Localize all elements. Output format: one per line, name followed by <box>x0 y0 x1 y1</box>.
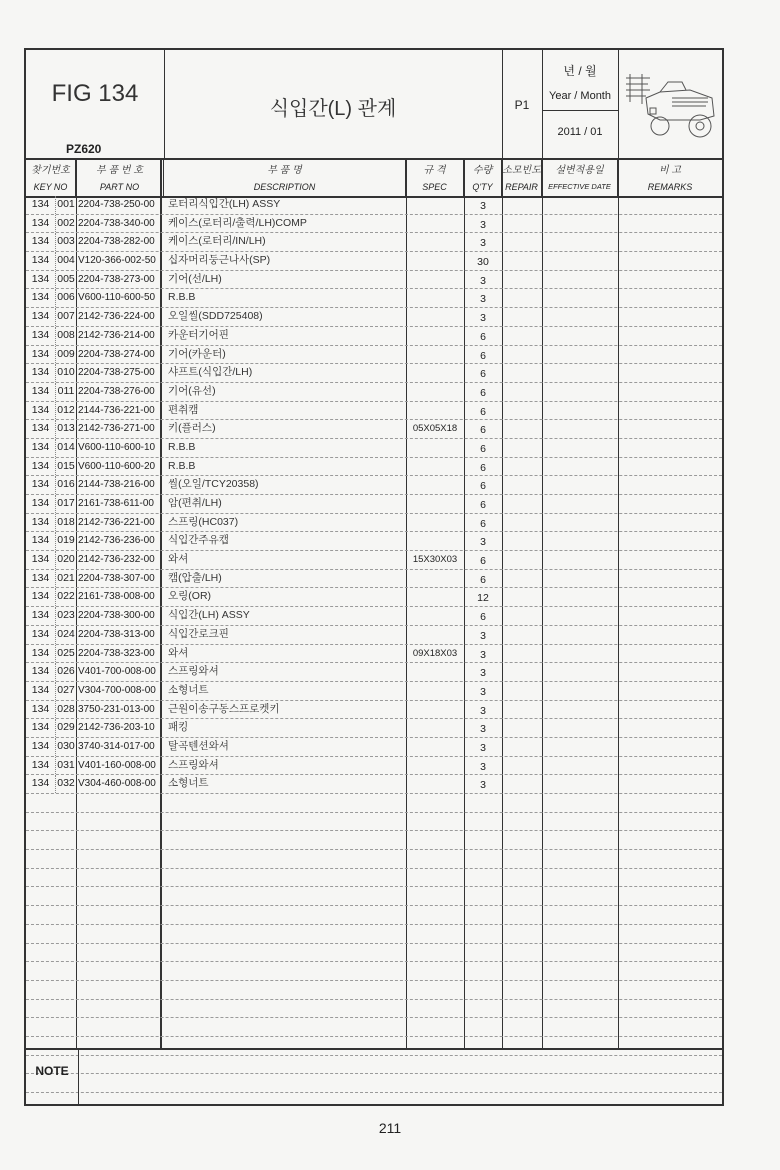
figure-no-cell: 134 <box>26 252 56 270</box>
key-no-cell: 030 <box>56 738 76 756</box>
quantity-cell: 6 <box>464 439 502 457</box>
year-month-label-en: Year / Month <box>542 90 618 102</box>
figure-no-cell: 134 <box>26 570 56 588</box>
spec-cell <box>406 514 464 532</box>
col-part-no-ko: 부 품 번 호 <box>76 161 163 176</box>
part-no-cell: 2142-736-232-00 <box>76 551 160 569</box>
col-remarks-en: REMARKS <box>618 182 722 192</box>
empty-row <box>26 813 722 832</box>
key-no-cell: 020 <box>56 551 76 569</box>
description-cell: 오일씰(SDD725408) <box>164 308 406 326</box>
quantity-cell: 3 <box>464 626 502 644</box>
col-remarks-ko: 비 고 <box>618 161 722 176</box>
col-repair-en: REPAIR <box>502 182 541 192</box>
empty-row <box>26 831 722 850</box>
col-effective-date: 설변적용일 EFFECTIVE DATE <box>542 158 618 196</box>
part-no-cell: 2142-736-203-10 <box>76 719 160 737</box>
key-no-cell: 018 <box>56 514 76 532</box>
figure-no-cell: 134 <box>26 757 56 775</box>
description-cell: 로터리식입간(LH) ASSY <box>164 196 406 214</box>
description-cell: 기어(카운터) <box>164 346 406 364</box>
description-cell: 스프링와셔 <box>164 663 406 681</box>
part-no-cell: 2142-736-271-00 <box>76 420 160 438</box>
description-cell: 와셔 <box>164 645 406 663</box>
spec-cell <box>406 327 464 345</box>
quantity-cell: 3 <box>464 738 502 756</box>
key-no-cell: 032 <box>56 775 76 793</box>
page-code: P1 <box>502 98 542 112</box>
table-row: 1340012204-738-250-00로터리식입간(LH) ASSY3 <box>26 196 722 215</box>
quantity-cell: 3 <box>464 196 502 214</box>
rice-transplanter-icon <box>620 68 720 148</box>
figure-no-cell: 134 <box>26 532 56 550</box>
quantity-cell: 6 <box>464 420 502 438</box>
spec-cell <box>406 458 464 476</box>
table-row: 134006V600-110-600-50R.B.B3 <box>26 289 722 308</box>
col-effective-date-ko: 설변적용일 <box>542 161 617 176</box>
key-no-cell: 004 <box>56 252 76 270</box>
year-month-label-ko: 년 / 월 <box>542 62 618 79</box>
spec-cell <box>406 271 464 289</box>
col-description-en: DESCRIPTION <box>164 182 405 192</box>
spec-cell <box>406 346 464 364</box>
part-no-cell: 2204-738-313-00 <box>76 626 160 644</box>
key-no-cell: 002 <box>56 215 76 233</box>
quantity-cell: 6 <box>464 551 502 569</box>
table-row: 1340082142-736-214-00카운터기어핀6 <box>26 327 722 346</box>
key-no-cell: 028 <box>56 701 76 719</box>
empty-row <box>26 906 722 925</box>
table-row: 134026V401-700-008-00스프링와셔3 <box>26 663 722 682</box>
table-row: 1340192142-736-236-00식입간주유캡3 <box>26 532 722 551</box>
description-cell: R.B.B <box>164 289 406 307</box>
page-title: 식입간(L) 관계 <box>164 92 502 121</box>
key-no-cell: 013 <box>56 420 76 438</box>
figure-no-cell: 134 <box>26 607 56 625</box>
col-repair-ko: 소모빈도 <box>502 161 541 176</box>
figure-no-cell: 134 <box>26 327 56 345</box>
empty-row <box>26 1018 722 1037</box>
note-section: NOTE <box>26 1048 722 1106</box>
description-cell: 캠(압출/LH) <box>164 570 406 588</box>
quantity-cell: 3 <box>464 215 502 233</box>
table-row: 1340232204-738-300-00식입간(LH) ASSY6 <box>26 607 722 626</box>
title-cell: 식입간(L) 관계 <box>164 50 503 158</box>
description-cell: 스프링와셔 <box>164 757 406 775</box>
part-no-cell: 2142-736-214-00 <box>76 327 160 345</box>
description-cell: 패킹 <box>164 719 406 737</box>
quantity-cell: 3 <box>464 271 502 289</box>
figure-no-cell: 134 <box>26 476 56 494</box>
figure-no-cell: 134 <box>26 196 56 214</box>
part-no-cell: 2204-738-276-00 <box>76 383 160 401</box>
description-cell: 샤프트(식입간/LH) <box>164 364 406 382</box>
description-cell: 근원이송구동스프로켓키 <box>164 701 406 719</box>
spec-cell <box>406 663 464 681</box>
figure-no-cell: 134 <box>26 514 56 532</box>
quantity-cell: 6 <box>464 607 502 625</box>
key-no-cell: 014 <box>56 439 76 457</box>
quantity-cell: 6 <box>464 327 502 345</box>
table-row: 134004V120-366-002-50십자머리둥근나사(SP)30 <box>26 252 722 271</box>
key-no-cell: 022 <box>56 588 76 606</box>
table-row: 1340283750-231-013-00근원이송구동스프로켓키3 <box>26 701 722 720</box>
figure-no-cell: 134 <box>26 551 56 569</box>
description-cell: 식입간로크핀 <box>164 626 406 644</box>
figure-no-cell: 134 <box>26 364 56 382</box>
description-cell: 십자머리둥근나사(SP) <box>164 252 406 270</box>
col-qty-ko: 수량 <box>464 161 501 176</box>
col-repair: 소모빈도 REPAIR <box>502 158 542 196</box>
spec-cell <box>406 495 464 513</box>
table-row: 1340032204-738-282-00케이스(로터리/IN/LH)3 <box>26 233 722 252</box>
key-no-cell: 027 <box>56 682 76 700</box>
part-no-cell: 2204-738-273-00 <box>76 271 160 289</box>
quantity-cell: 6 <box>464 570 502 588</box>
spec-cell <box>406 775 464 793</box>
key-no-cell: 007 <box>56 308 76 326</box>
figure-no-cell: 134 <box>26 626 56 644</box>
empty-row <box>26 981 722 1000</box>
table-row: 1340102204-738-275-00샤프트(식입간/LH)6 <box>26 364 722 383</box>
empty-row <box>26 850 722 869</box>
key-no-cell: 024 <box>56 626 76 644</box>
quantity-cell: 6 <box>464 495 502 513</box>
quantity-cell: 30 <box>464 252 502 270</box>
spec-cell: 15X30X03 <box>406 551 464 569</box>
col-description-ko: 부 품 명 <box>164 161 405 176</box>
figure-cell: FIG 134 PZ620 <box>26 50 165 158</box>
col-part-no-en: PART NO <box>76 182 163 192</box>
description-cell: 식입간(LH) ASSY <box>164 607 406 625</box>
part-no-cell: V304-460-008-00 <box>76 775 160 793</box>
issue-date: 2011 / 01 <box>542 126 618 138</box>
description-cell: 와셔 <box>164 551 406 569</box>
spec-cell <box>406 439 464 457</box>
quantity-cell: 3 <box>464 289 502 307</box>
figure-no-cell: 134 <box>26 645 56 663</box>
note-label: NOTE <box>26 1050 79 1106</box>
quantity-cell: 3 <box>464 682 502 700</box>
key-no-cell: 029 <box>56 719 76 737</box>
spec-cell <box>406 682 464 700</box>
empty-row <box>26 944 722 963</box>
part-no-cell: 2204-738-274-00 <box>76 346 160 364</box>
empty-row <box>26 869 722 888</box>
col-part-no: 부 품 번 호 PART NO <box>76 158 164 196</box>
part-no-cell: 2204-738-340-00 <box>76 215 160 233</box>
parts-list-sheet: FIG 134 PZ620 식입간(L) 관계 P1 년 / 월 Year / … <box>24 48 724 1106</box>
parts-table-body: 1340012204-738-250-00로터리식입간(LH) ASSY3134… <box>26 196 722 1093</box>
spec-cell: 05X05X18 <box>406 420 464 438</box>
description-cell: 씰(오일/TCY20358) <box>164 476 406 494</box>
quantity-cell: 3 <box>464 532 502 550</box>
figure-no-cell: 134 <box>26 402 56 420</box>
figure-no-cell: 134 <box>26 271 56 289</box>
quantity-cell: 3 <box>464 719 502 737</box>
key-no-cell: 008 <box>56 327 76 345</box>
quantity-cell: 3 <box>464 233 502 251</box>
quantity-cell: 6 <box>464 476 502 494</box>
description-cell: 키(플러스) <box>164 420 406 438</box>
key-no-cell: 003 <box>56 233 76 251</box>
quantity-cell: 6 <box>464 364 502 382</box>
part-no-cell: 2204-738-250-00 <box>76 196 160 214</box>
spec-cell <box>406 588 464 606</box>
key-no-cell: 023 <box>56 607 76 625</box>
col-spec-en: SPEC <box>406 182 463 192</box>
description-cell: 기어(선/LH) <box>164 271 406 289</box>
table-row: 134027V304-700-008-00소형너트3 <box>26 682 722 701</box>
col-description: 부 품 명 DESCRIPTION <box>164 158 406 196</box>
figure-no-cell: 134 <box>26 420 56 438</box>
col-spec-ko: 규 격 <box>406 161 463 176</box>
quantity-cell: 3 <box>464 308 502 326</box>
empty-row <box>26 1000 722 1019</box>
quantity-cell: 3 <box>464 663 502 681</box>
key-no-cell: 012 <box>56 402 76 420</box>
col-spec: 규 격 SPEC <box>406 158 464 196</box>
description-cell: 소형너트 <box>164 682 406 700</box>
part-no-cell: 3740-314-017-00 <box>76 738 160 756</box>
figure-no-cell: 134 <box>26 701 56 719</box>
part-no-cell: 2144-738-216-00 <box>76 476 160 494</box>
col-key-no-ko: 찾기번호 <box>26 161 75 176</box>
table-row: 1340252204-738-323-00와셔09X18X033 <box>26 645 722 664</box>
description-cell: 스프링(HC037) <box>164 514 406 532</box>
spec-cell <box>406 738 464 756</box>
part-no-cell: 2161-738-008-00 <box>76 588 160 606</box>
spec-cell <box>406 233 464 251</box>
spec-cell <box>406 289 464 307</box>
description-cell: 카운터기어핀 <box>164 327 406 345</box>
spec-cell <box>406 570 464 588</box>
part-no-cell: V600-110-600-20 <box>76 458 160 476</box>
key-no-cell: 001 <box>56 196 76 214</box>
spec-cell <box>406 364 464 382</box>
empty-row <box>26 887 722 906</box>
table-row: 1340112204-738-276-00기어(유선)6 <box>26 383 722 402</box>
part-no-cell: 3750-231-013-00 <box>76 701 160 719</box>
quantity-cell: 3 <box>464 701 502 719</box>
part-no-cell: V600-110-600-50 <box>76 289 160 307</box>
description-cell: 기어(유선) <box>164 383 406 401</box>
spec-cell: 09X18X03 <box>406 645 464 663</box>
spec-cell <box>406 308 464 326</box>
part-no-cell: 2204-738-307-00 <box>76 570 160 588</box>
part-no-cell: V304-700-008-00 <box>76 682 160 700</box>
quantity-cell: 3 <box>464 645 502 663</box>
empty-row <box>26 962 722 981</box>
table-row: 1340052204-738-273-00기어(선/LH)3 <box>26 271 722 290</box>
col-effective-date-en: EFFECTIVE DATE <box>542 182 617 191</box>
figure-no-cell: 134 <box>26 719 56 737</box>
empty-row <box>26 925 722 944</box>
description-cell: 소형너트 <box>164 775 406 793</box>
table-row: 134032V304-460-008-00소형너트3 <box>26 775 722 794</box>
part-no-cell: V600-110-600-10 <box>76 439 160 457</box>
part-no-cell: 2144-736-221-00 <box>76 402 160 420</box>
table-row: 1340122144-736-221-00편취캠6 <box>26 402 722 421</box>
part-no-cell: 2142-736-221-00 <box>76 514 160 532</box>
quantity-cell: 12 <box>464 588 502 606</box>
table-row: 1340182142-736-221-00스프링(HC037)6 <box>26 514 722 533</box>
quantity-cell: 6 <box>464 402 502 420</box>
table-row: 1340162144-738-216-00씰(오일/TCY20358)6 <box>26 476 722 495</box>
quantity-cell: 6 <box>464 383 502 401</box>
figure-no-cell: 134 <box>26 775 56 793</box>
table-row: 1340022204-738-340-00케이스(로터리/출력/LH)COMP3 <box>26 215 722 234</box>
figure-no-cell: 134 <box>26 458 56 476</box>
figure-no-cell: 134 <box>26 233 56 251</box>
table-row: 1340292142-736-203-10패킹3 <box>26 719 722 738</box>
part-no-cell: 2204-738-275-00 <box>76 364 160 382</box>
description-cell: 식입간주유캡 <box>164 532 406 550</box>
description-cell: 편취캠 <box>164 402 406 420</box>
spec-cell <box>406 626 464 644</box>
figure-no-cell: 134 <box>26 738 56 756</box>
figure-no-cell: 134 <box>26 588 56 606</box>
spec-cell <box>406 532 464 550</box>
key-no-cell: 019 <box>56 532 76 550</box>
spec-cell <box>406 196 464 214</box>
figure-no-cell: 134 <box>26 439 56 457</box>
table-row: 1340072142-736-224-00오일씰(SDD725408)3 <box>26 308 722 327</box>
page-code-cell: P1 <box>502 50 543 158</box>
table-row: 1340222161-738-008-00오링(OR)12 <box>26 588 722 607</box>
part-no-cell: 2161-738-611-00 <box>76 495 160 513</box>
key-no-cell: 017 <box>56 495 76 513</box>
table-row: 134031V401-160-008-00스프링와셔3 <box>26 757 722 776</box>
date-cell: 년 / 월 Year / Month 2011 / 01 <box>542 50 619 158</box>
key-no-cell: 006 <box>56 289 76 307</box>
figure-no-cell: 134 <box>26 346 56 364</box>
machine-illustration <box>618 50 722 158</box>
table-row: 1340303740-314-017-00탈곡텐션와셔3 <box>26 738 722 757</box>
table-row: 1340132142-736-271-00키(플러스)05X05X186 <box>26 420 722 439</box>
spec-cell <box>406 607 464 625</box>
figure-no-cell: 134 <box>26 215 56 233</box>
table-row: 1340092204-738-274-00기어(카운터)6 <box>26 346 722 365</box>
table-row: 1340202142-736-232-00와셔15X30X036 <box>26 551 722 570</box>
table-row: 1340242204-738-313-00식입간로크핀3 <box>26 626 722 645</box>
part-no-cell: 2204-738-323-00 <box>76 645 160 663</box>
col-qty: 수량 Q'TY <box>464 158 502 196</box>
key-no-cell: 010 <box>56 364 76 382</box>
part-no-cell: 2142-736-236-00 <box>76 532 160 550</box>
part-no-cell: V120-366-002-50 <box>76 252 160 270</box>
figure-no-cell: 134 <box>26 663 56 681</box>
spec-cell <box>406 402 464 420</box>
col-qty-en: Q'TY <box>464 182 501 192</box>
quantity-cell: 3 <box>464 757 502 775</box>
col-key-no-en: KEY NO <box>26 182 75 192</box>
part-no-cell: 2142-736-224-00 <box>76 308 160 326</box>
figure-no-cell: 134 <box>26 308 56 326</box>
key-no-cell: 025 <box>56 645 76 663</box>
table-row: 134015V600-110-600-20R.B.B6 <box>26 458 722 477</box>
part-no-cell: 2204-738-282-00 <box>76 233 160 251</box>
key-no-cell: 009 <box>56 346 76 364</box>
key-no-cell: 005 <box>56 271 76 289</box>
description-cell: 케이스(로터리/출력/LH)COMP <box>164 215 406 233</box>
description-cell: R.B.B <box>164 458 406 476</box>
quantity-cell: 6 <box>464 458 502 476</box>
part-no-cell: V401-160-008-00 <box>76 757 160 775</box>
table-row: 134014V600-110-600-10R.B.B6 <box>26 439 722 458</box>
empty-row <box>26 794 722 813</box>
spec-cell <box>406 719 464 737</box>
col-key-no: 찾기번호 KEY NO <box>26 158 76 196</box>
table-row: 1340212204-738-307-00캠(압출/LH)6 <box>26 570 722 589</box>
figure-no-cell: 134 <box>26 682 56 700</box>
part-no-cell: V401-700-008-00 <box>76 663 160 681</box>
table-row: 1340172161-738-611-00암(편취/LH)6 <box>26 495 722 514</box>
spec-cell <box>406 476 464 494</box>
spec-cell <box>406 252 464 270</box>
description-cell: 암(편취/LH) <box>164 495 406 513</box>
spec-cell <box>406 215 464 233</box>
spec-cell <box>406 757 464 775</box>
divider <box>542 110 618 111</box>
sheet-header: FIG 134 PZ620 식입간(L) 관계 P1 년 / 월 Year / … <box>26 50 722 160</box>
figure-no-cell: 134 <box>26 289 56 307</box>
model-name: PZ620 <box>66 142 101 156</box>
key-no-cell: 015 <box>56 458 76 476</box>
quantity-cell: 3 <box>464 775 502 793</box>
description-cell: 오링(OR) <box>164 588 406 606</box>
key-no-cell: 026 <box>56 663 76 681</box>
key-no-cell: 031 <box>56 757 76 775</box>
page-number: 211 <box>0 1120 780 1136</box>
description-cell: 탈곡텐션와셔 <box>164 738 406 756</box>
part-no-cell: 2204-738-300-00 <box>76 607 160 625</box>
quantity-cell: 6 <box>464 514 502 532</box>
quantity-cell: 6 <box>464 346 502 364</box>
key-no-cell: 011 <box>56 383 76 401</box>
spec-cell <box>406 701 464 719</box>
description-cell: 케이스(로터리/IN/LH) <box>164 233 406 251</box>
spec-cell <box>406 383 464 401</box>
figure-no-cell: 134 <box>26 495 56 513</box>
figure-number: FIG 134 <box>26 80 164 108</box>
description-cell: R.B.B <box>164 439 406 457</box>
key-no-cell: 016 <box>56 476 76 494</box>
key-no-cell: 021 <box>56 570 76 588</box>
col-remarks: 비 고 REMARKS <box>618 158 722 196</box>
figure-no-cell: 134 <box>26 383 56 401</box>
